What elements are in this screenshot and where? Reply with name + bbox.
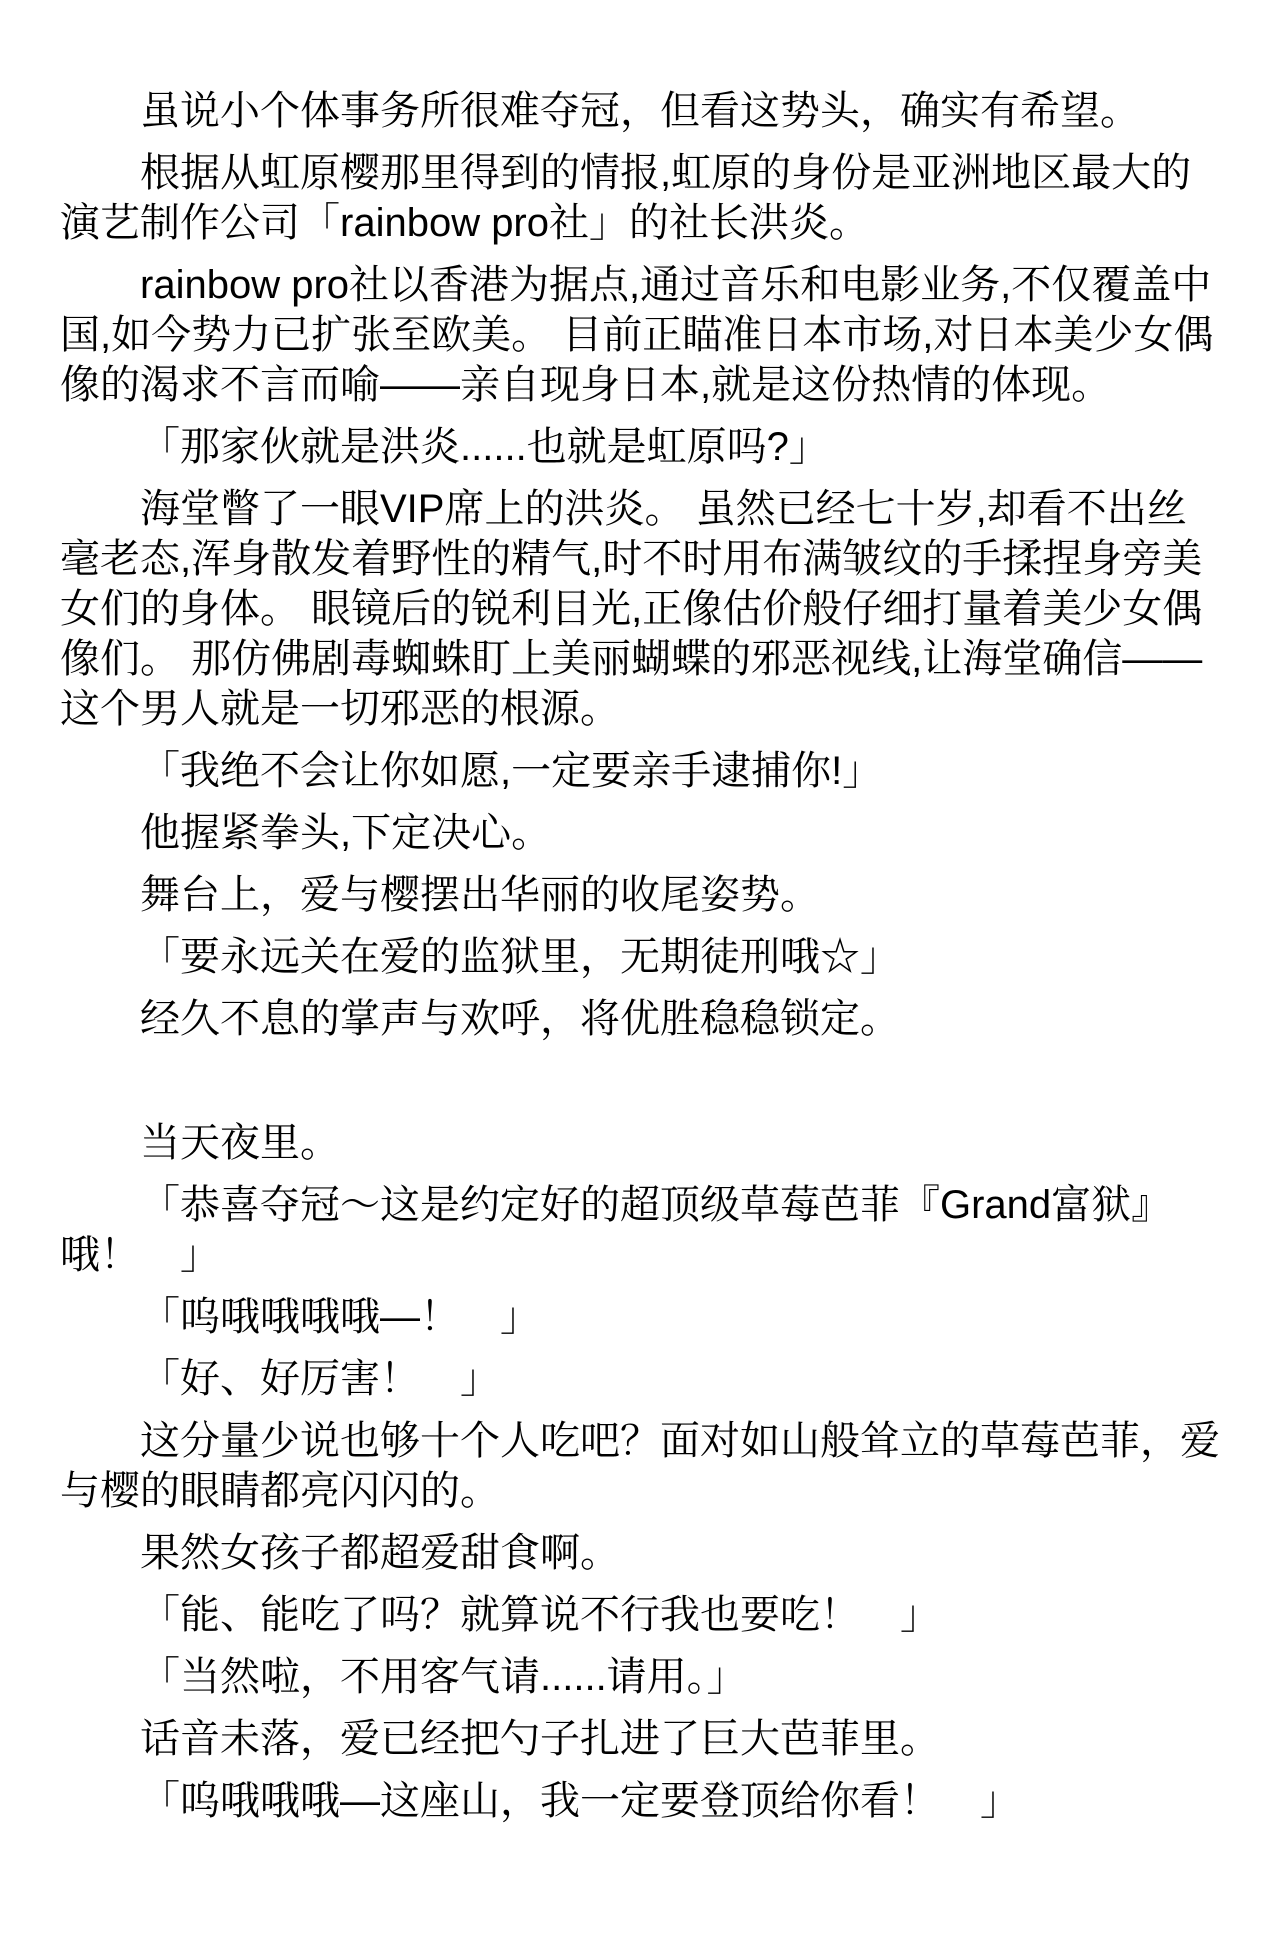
paragraph: 「能、能吃了吗？就算说不行我也要吃！ 」 (60, 1590, 1225, 1640)
paragraph: rainbow pro社以香港为据点,通过音乐和电影业务,不仅覆盖中国,如今势力… (60, 260, 1225, 410)
paragraph: 经久不息的掌声与欢呼，将优胜稳稳锁定。 (60, 994, 1225, 1044)
paragraph: 根据从虹原樱那里得到的情报,虹原的身份是亚洲地区最大的演艺制作公司「rainbo… (60, 148, 1225, 248)
paragraph: 「呜哦哦哦哦—！ 」 (60, 1292, 1225, 1342)
paragraph: 虽说小个体事务所很难夺冠，但看这势头，确实有希望。 (60, 86, 1225, 136)
paragraph: 话音未落，爱已经把勺子扎进了巨大芭菲里。 (60, 1714, 1225, 1764)
paragraph: 「恭喜夺冠～这是约定好的超顶级草莓芭菲『Grand富狱』哦！ 」 (60, 1180, 1225, 1280)
paragraph: 他握紧拳头,下定决心。 (60, 808, 1225, 858)
paragraph: 舞台上，爱与樱摆出华丽的收尾姿势。 (60, 870, 1225, 920)
paragraph: 「好、好厉害！ 」 (60, 1354, 1225, 1404)
paragraph: 「要永远关在爱的监狱里，无期徒刑哦☆」 (60, 932, 1225, 982)
novel-page: 虽说小个体事务所很难夺冠，但看这势头，确实有希望。 根据从虹原樱那里得到的情报,… (0, 0, 1280, 1947)
paragraph: 果然女孩子都超爱甜食啊。 (60, 1528, 1225, 1578)
paragraph: 海堂瞥了一眼VIP席上的洪炎。 虽然已经七十岁,却看不出丝毫老态,浑身散发着野性… (60, 484, 1225, 734)
paragraph: 「当然啦，不用客气请......请用。」 (60, 1652, 1225, 1702)
paragraph: 当天夜里。 (60, 1118, 1225, 1168)
paragraph: 「那家伙就是洪炎......也就是虹原吗?」 (60, 422, 1225, 472)
paragraph: 「我绝不会让你如愿,一定要亲手逮捕你!」 (60, 746, 1225, 796)
paragraph: 「呜哦哦哦—这座山，我一定要登顶给你看！ 」 (60, 1776, 1225, 1826)
scene-break-spacer (60, 1056, 1225, 1106)
paragraph: 这分量少说也够十个人吃吧？面对如山般耸立的草莓芭菲，爱与樱的眼睛都亮闪闪的。 (60, 1416, 1225, 1516)
